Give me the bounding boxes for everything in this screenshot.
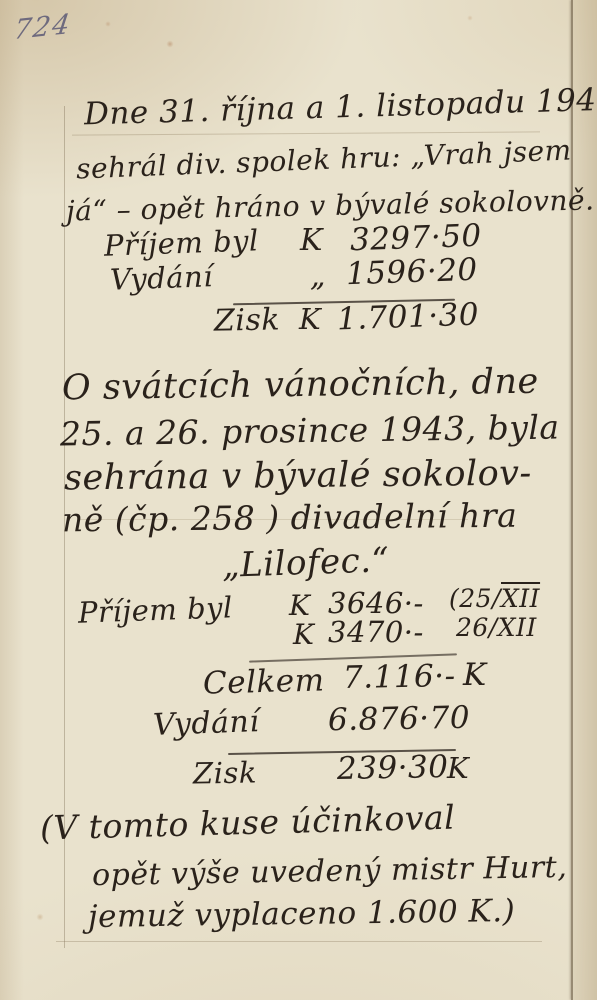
entry2-income-label: Příjem byl xyxy=(78,593,234,627)
entry2-total-label: Celkem xyxy=(203,665,325,699)
entry2-body-line2: 25. a 26. prosince 1943, byla xyxy=(60,411,560,451)
entry2-income-row2-value: 3470·- xyxy=(328,618,424,647)
entry2-income-row1-value: 3646·- xyxy=(328,589,424,618)
entry1-income-value: 3297·50 xyxy=(349,221,482,257)
entry2-body-line3: sehrána v bývalé sokolov- xyxy=(64,457,532,497)
entry2-income-row2-currency: K xyxy=(293,621,314,649)
entry2-profit-label: Zisk xyxy=(193,758,257,788)
entry2-note-line2: opět výše uvedený mistr Hurt, xyxy=(92,853,568,891)
entry1-income-currency: K xyxy=(300,226,323,256)
faint-rule-line-bottom xyxy=(56,941,542,942)
scanned-chronicle-page: 724 Dne 31. října a 1. listopadu 1943 se… xyxy=(0,0,597,1000)
entry1-expense-value: 1596·20 xyxy=(345,255,478,291)
entry1-heading-line1: Dne 31. října a 1. listopadu 1943 xyxy=(84,85,597,131)
entry1-expense-ditto-mark: „ xyxy=(310,262,326,292)
entry2-income-row1-currency: K xyxy=(289,592,310,620)
entry2-income-row1-date-prefix: (25/ xyxy=(449,584,501,613)
entry1-expense-label: Vydání xyxy=(110,262,214,295)
entry1-heading-line3: já“ – opět hráno v bývalé sokolovně. xyxy=(66,186,595,225)
entry1-profit-value: 1.701·30 xyxy=(337,300,480,336)
entry2-profit-currency: K xyxy=(447,754,469,783)
entry2-expense-value: 6.876·70 xyxy=(328,703,471,736)
entry2-income-row1-date-roman: XII xyxy=(501,584,540,613)
entry1-heading-line2: sehrál div. spolek hru: „Vrah jsem xyxy=(76,136,573,183)
entry2-profit-value: 239·30 xyxy=(337,752,449,785)
entry2-total-currency: K xyxy=(463,660,487,691)
entry2-expense-label: Vydání xyxy=(153,707,260,741)
entry1-profit-label: Zisk xyxy=(214,305,281,336)
entry2-play-title: „Lilofec.“ xyxy=(221,543,389,583)
entry2-body-line4: ně (čp. 258 ) divadelní hra xyxy=(62,499,518,537)
entry2-note-line3: jemuž vyplaceno 1.600 K.) xyxy=(88,896,516,933)
pasted-sheet-right-edge xyxy=(571,0,597,1000)
entry2-income-row1-date: (25/XII xyxy=(449,586,540,611)
entry2-note-line1: (V tomto kuse účinkoval xyxy=(40,801,456,845)
faint-rule-line-top xyxy=(72,131,540,135)
entry2-body-line1: O svátcích vánočních, dne xyxy=(62,365,539,407)
page-number: 724 xyxy=(12,9,74,47)
entry1-profit-currency: K xyxy=(299,305,321,334)
entry1-income-label: Příjem byl xyxy=(104,226,260,260)
entry2-total-value: 7.116·- xyxy=(343,661,456,694)
entry2-income-row2-date: 26/XII xyxy=(456,615,537,640)
